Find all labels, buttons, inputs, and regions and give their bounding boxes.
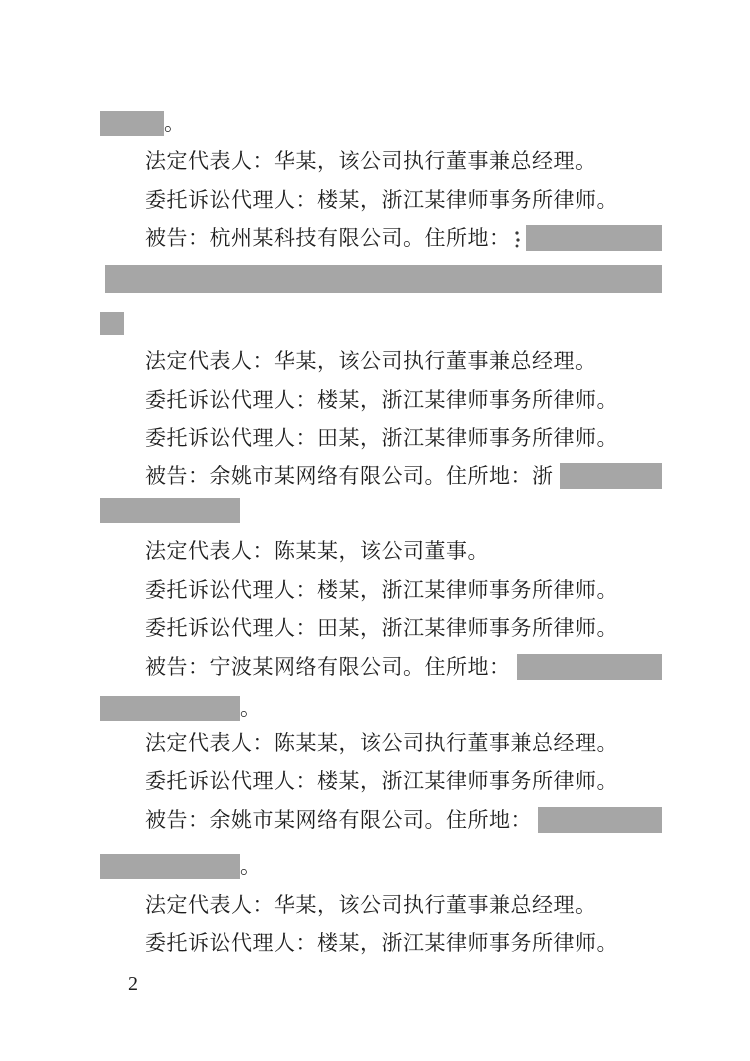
- legal-representative-line: 法定代表人：陈某某，该公司执行董事兼总经理。: [100, 730, 662, 757]
- legal-representative-line: 法定代表人：华某，该公司执行董事兼总经理。: [100, 892, 662, 919]
- line-text: 委托诉讼代理人：楼某，浙江某律师事务所律师。: [145, 577, 618, 604]
- partial-character-sliver: [515, 227, 520, 249]
- defendant-line: 被告：余姚市某网络有限公司。住所地：: [100, 807, 662, 834]
- defendant-line: 被告：宁波某网络有限公司。住所地：: [100, 654, 662, 681]
- redaction-block: [100, 312, 124, 335]
- legal-representative-line: 法定代表人：华某，该公司执行董事兼总经理。: [100, 148, 662, 175]
- legal-representative-line: 法定代表人：陈某某，该公司董事。: [100, 538, 662, 565]
- page-number: 2: [128, 973, 138, 996]
- litigation-agent-line: 委托诉讼代理人：楼某，浙江某律师事务所律师。: [100, 768, 662, 795]
- litigation-agent-line: 委托诉讼代理人：楼某，浙江某律师事务所律师。: [100, 930, 662, 957]
- redacted-address-line: 。: [100, 695, 662, 722]
- redacted-address-line: [100, 265, 662, 293]
- defendant-line: 被告：杭州某科技有限公司。住所地：: [100, 225, 662, 252]
- line-text: 被告：余姚市某网络有限公司。住所地：: [145, 807, 532, 834]
- line-text: 。: [240, 853, 262, 880]
- line-text: 委托诉讼代理人：田某，浙江某律师事务所律师。: [145, 425, 618, 452]
- line-text: 法定代表人：华某，该公司执行董事兼总经理。: [145, 348, 597, 375]
- redaction-block: [105, 265, 662, 293]
- redacted-address-line: 。: [100, 853, 662, 880]
- redaction-block: [100, 854, 240, 879]
- line-text: 被告：杭州某科技有限公司。住所地：: [145, 225, 511, 252]
- document-page: 。法定代表人：华某，该公司执行董事兼总经理。委托诉讼代理人：楼某，浙江某律师事务…: [0, 0, 750, 1061]
- redaction-block: [517, 654, 663, 680]
- line-text: 。: [240, 695, 262, 722]
- defendant-line: 被告：余姚市某网络有限公司。住所地：浙: [100, 463, 662, 490]
- line-text: 委托诉讼代理人：楼某，浙江某律师事务所律师。: [145, 768, 618, 795]
- line-text: 委托诉讼代理人：田某，浙江某律师事务所律师。: [145, 615, 618, 642]
- litigation-agent-line: 委托诉讼代理人：楼某，浙江某律师事务所律师。: [100, 387, 662, 414]
- line-text: 法定代表人：华某，该公司执行董事兼总经理。: [145, 148, 597, 175]
- redacted-address-line: [100, 497, 662, 523]
- redaction-block: [538, 807, 662, 833]
- line-text: 法定代表人：陈某某，该公司执行董事兼总经理。: [145, 730, 618, 757]
- redaction-block: [526, 225, 663, 251]
- redaction-block: [100, 696, 240, 721]
- line-text: 被告：宁波某网络有限公司。住所地：: [145, 654, 511, 681]
- litigation-agent-line: 委托诉讼代理人：田某，浙江某律师事务所律师。: [100, 615, 662, 642]
- line-text: 委托诉讼代理人：楼某，浙江某律师事务所律师。: [145, 387, 618, 414]
- line-text: 被告：余姚市某网络有限公司。住所地：浙: [145, 463, 554, 490]
- line-text: 法定代表人：陈某某，该公司董事。: [145, 538, 489, 565]
- redaction-block: [100, 111, 164, 136]
- line-text: 。: [164, 110, 186, 137]
- line-text: 委托诉讼代理人：楼某，浙江某律师事务所律师。: [145, 930, 618, 957]
- redacted-fragment-line: [100, 311, 662, 335]
- plaintiff-redacted-line: 。: [100, 110, 662, 137]
- litigation-agent-line: 委托诉讼代理人：田某，浙江某律师事务所律师。: [100, 425, 662, 452]
- line-text: 法定代表人：华某，该公司执行董事兼总经理。: [145, 892, 597, 919]
- redaction-block: [560, 463, 663, 489]
- line-text: 委托诉讼代理人：楼某，浙江某律师事务所律师。: [145, 187, 618, 214]
- redaction-block: [100, 498, 240, 523]
- litigation-agent-line: 委托诉讼代理人：楼某，浙江某律师事务所律师。: [100, 577, 662, 604]
- litigation-agent-line: 委托诉讼代理人：楼某，浙江某律师事务所律师。: [100, 187, 662, 214]
- legal-representative-line: 法定代表人：华某，该公司执行董事兼总经理。: [100, 348, 662, 375]
